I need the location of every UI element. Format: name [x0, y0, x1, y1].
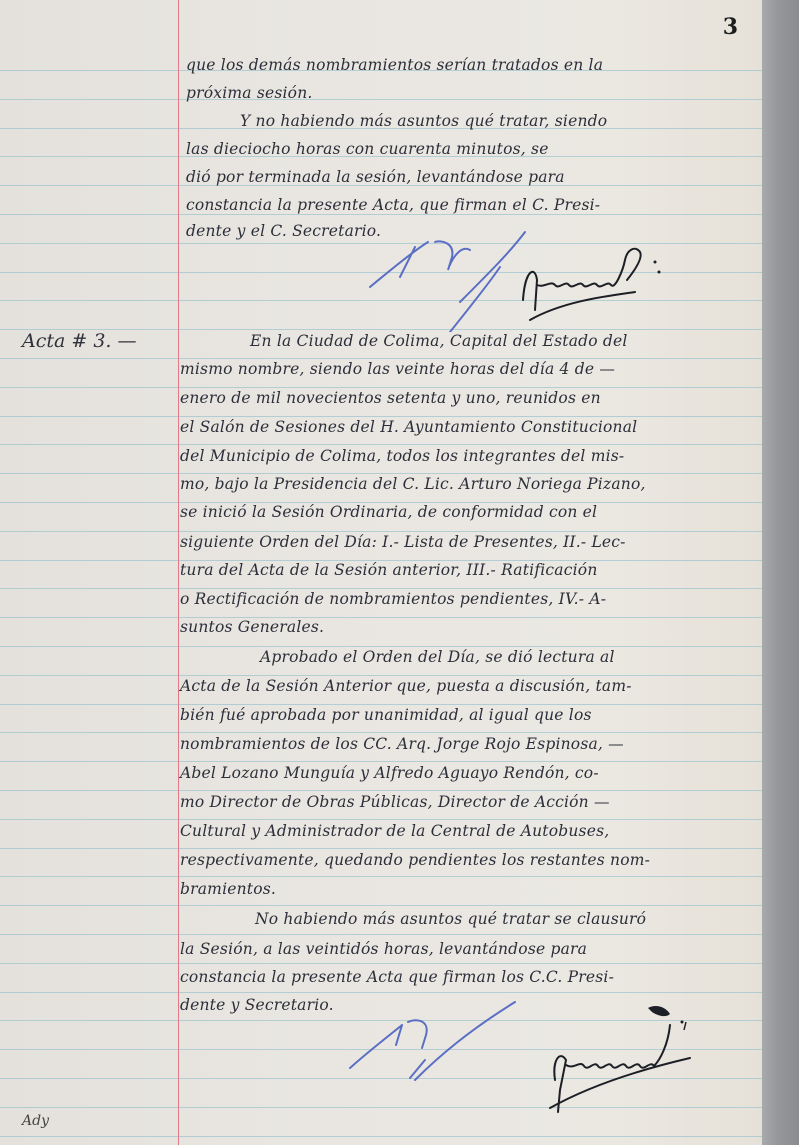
text-line: mo, bajo la Presidencia del C. Lic. Artu…: [180, 475, 646, 493]
text-line: el Salón de Sesiones del H. Ayuntamiento…: [180, 418, 637, 436]
rule-line: [0, 588, 762, 589]
text-line: suntos Generales.: [180, 618, 324, 636]
rule-line: [0, 416, 762, 417]
text-line: Abel Lozano Munguía y Alfredo Aguayo Ren…: [180, 764, 599, 782]
text-line: respectivamente, quedando pendientes los…: [180, 851, 650, 869]
rule-line: [0, 444, 762, 445]
text-line: que los demás nombramientos serían trata…: [186, 56, 603, 74]
signature-president-2: [340, 1000, 560, 1090]
footer-initials: Ady: [22, 1113, 49, 1129]
text-line: Aprobado el Orden del Día, se dió lectur…: [260, 648, 615, 666]
text-line: o Rectificación de nombramientos pendien…: [180, 590, 606, 608]
text-line: enero de mil novecientos setenta y uno, …: [180, 389, 601, 407]
rule-line: [0, 876, 762, 877]
text-line: No habiendo más asuntos qué tratar se cl…: [255, 910, 646, 928]
rule-line: [0, 934, 762, 935]
rule-line: [0, 848, 762, 849]
page-number: 3: [723, 14, 738, 40]
rule-line: [0, 1136, 762, 1137]
rule-line: [0, 531, 762, 532]
text-line: Acta de la Sesión Anterior que, puesta a…: [180, 677, 632, 695]
text-line: constancia la presente Acta, que firman …: [186, 196, 600, 214]
text-line: bramientos.: [180, 880, 276, 898]
text-line: tura del Acta de la Sesión anterior, III…: [180, 561, 598, 579]
rule-line: [0, 358, 762, 359]
rule-line: [0, 646, 762, 647]
text-line: mo Director de Obras Públicas, Director …: [180, 793, 610, 811]
acta-number-label: Acta # 3. —: [22, 330, 137, 352]
text-line: Cultural y Administrador de la Central d…: [180, 822, 609, 840]
text-line: dente y Secretario.: [180, 996, 334, 1014]
rule-line: [0, 675, 762, 676]
text-line: dente y el C. Secretario.: [186, 222, 381, 240]
rule-line: [0, 214, 762, 215]
rule-line: [0, 963, 762, 964]
text-line: siguiente Orden del Día: I.- Lista de Pr…: [180, 533, 626, 551]
rule-line: [0, 473, 762, 474]
text-line: se inició la Sesión Ordinaria, de confor…: [180, 503, 597, 521]
rule-line: [0, 761, 762, 762]
text-line: del Municipio de Colima, todos los integ…: [180, 447, 624, 465]
rule-line: [0, 992, 762, 993]
signature-secretary-1: [515, 240, 675, 330]
text-line: mismo nombre, siendo las veinte horas de…: [180, 360, 615, 378]
rule-line: [0, 790, 762, 791]
text-line: la Sesión, a las veintidós horas, levant…: [180, 940, 587, 958]
text-line: Y no habiendo más asuntos qué tratar, si…: [240, 112, 607, 130]
rule-line: [0, 732, 762, 733]
rule-line: [0, 99, 762, 100]
rule-line: [0, 704, 762, 705]
red-margin-line: [178, 0, 179, 1145]
ledger-page: 3 que los demás nombramientos serían tra…: [0, 0, 762, 1145]
signature-secretary-2: [530, 1000, 710, 1115]
rule-line: [0, 387, 762, 388]
text-line: bién fué aprobada por unanimidad, al igu…: [180, 706, 592, 724]
text-line: las dieciocho horas con cuarenta minutos…: [186, 140, 549, 158]
text-line: En la Ciudad de Colima, Capital del Esta…: [250, 332, 628, 350]
rule-line: [0, 617, 762, 618]
text-line: dió por terminada la sesión, levantándos…: [186, 168, 565, 186]
text-line: próxima sesión.: [186, 84, 313, 102]
ledger-binding-edge: [762, 0, 799, 1145]
rule-line: [0, 819, 762, 820]
rule-line: [0, 905, 762, 906]
text-line: constancia la presente Acta que firman l…: [180, 968, 614, 986]
text-line: nombramientos de los CC. Arq. Jorge Rojo…: [180, 735, 624, 753]
